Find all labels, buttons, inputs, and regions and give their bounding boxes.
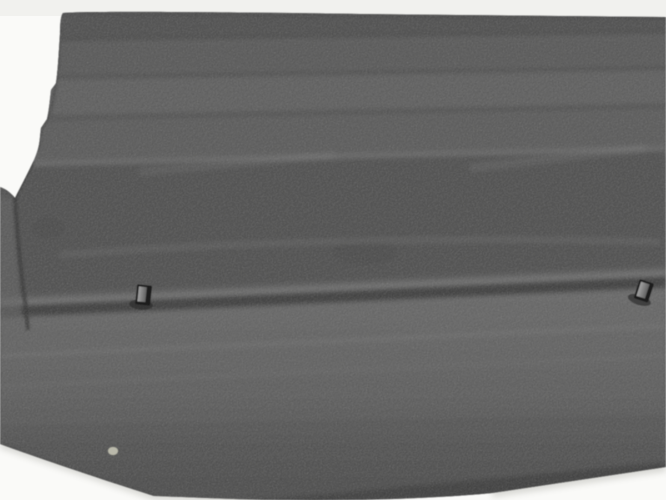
- felt-grain-texture: [0, 0, 666, 500]
- clip-left-face: [137, 286, 147, 302]
- parcel-shelf-photo: [0, 0, 666, 500]
- photo: [0, 0, 666, 500]
- panel-hole: [108, 447, 118, 455]
- shelf-panel: [0, 0, 666, 500]
